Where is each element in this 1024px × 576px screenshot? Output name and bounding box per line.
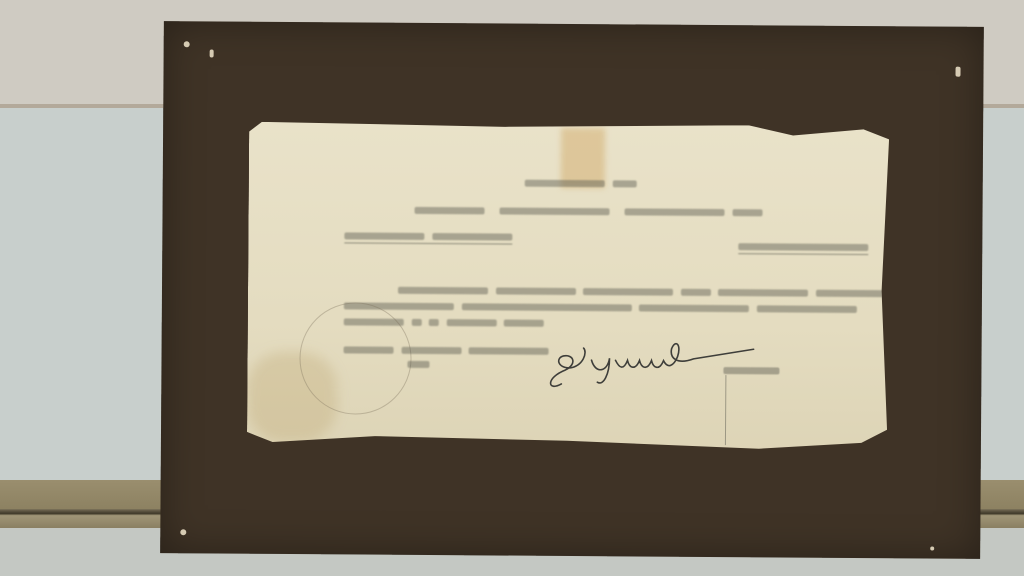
document-subtitle-line	[415, 205, 763, 219]
document-body-line	[344, 300, 857, 316]
pin-icon	[930, 547, 934, 551]
mounting-board	[160, 21, 984, 559]
document-place-line	[344, 230, 512, 244]
document-number-line	[738, 241, 868, 255]
signatory-title-line	[407, 359, 429, 371]
official-stamp	[299, 302, 412, 415]
document-paper	[247, 122, 889, 456]
pin-icon	[955, 67, 960, 77]
document-title-line	[525, 178, 637, 191]
pin-icon	[184, 41, 190, 47]
margin-line	[725, 375, 726, 445]
signatory-title-line	[344, 344, 549, 357]
document-body-line	[398, 285, 906, 301]
pin-icon	[210, 49, 214, 57]
signatory-name	[723, 365, 779, 377]
pin-icon	[180, 529, 186, 535]
